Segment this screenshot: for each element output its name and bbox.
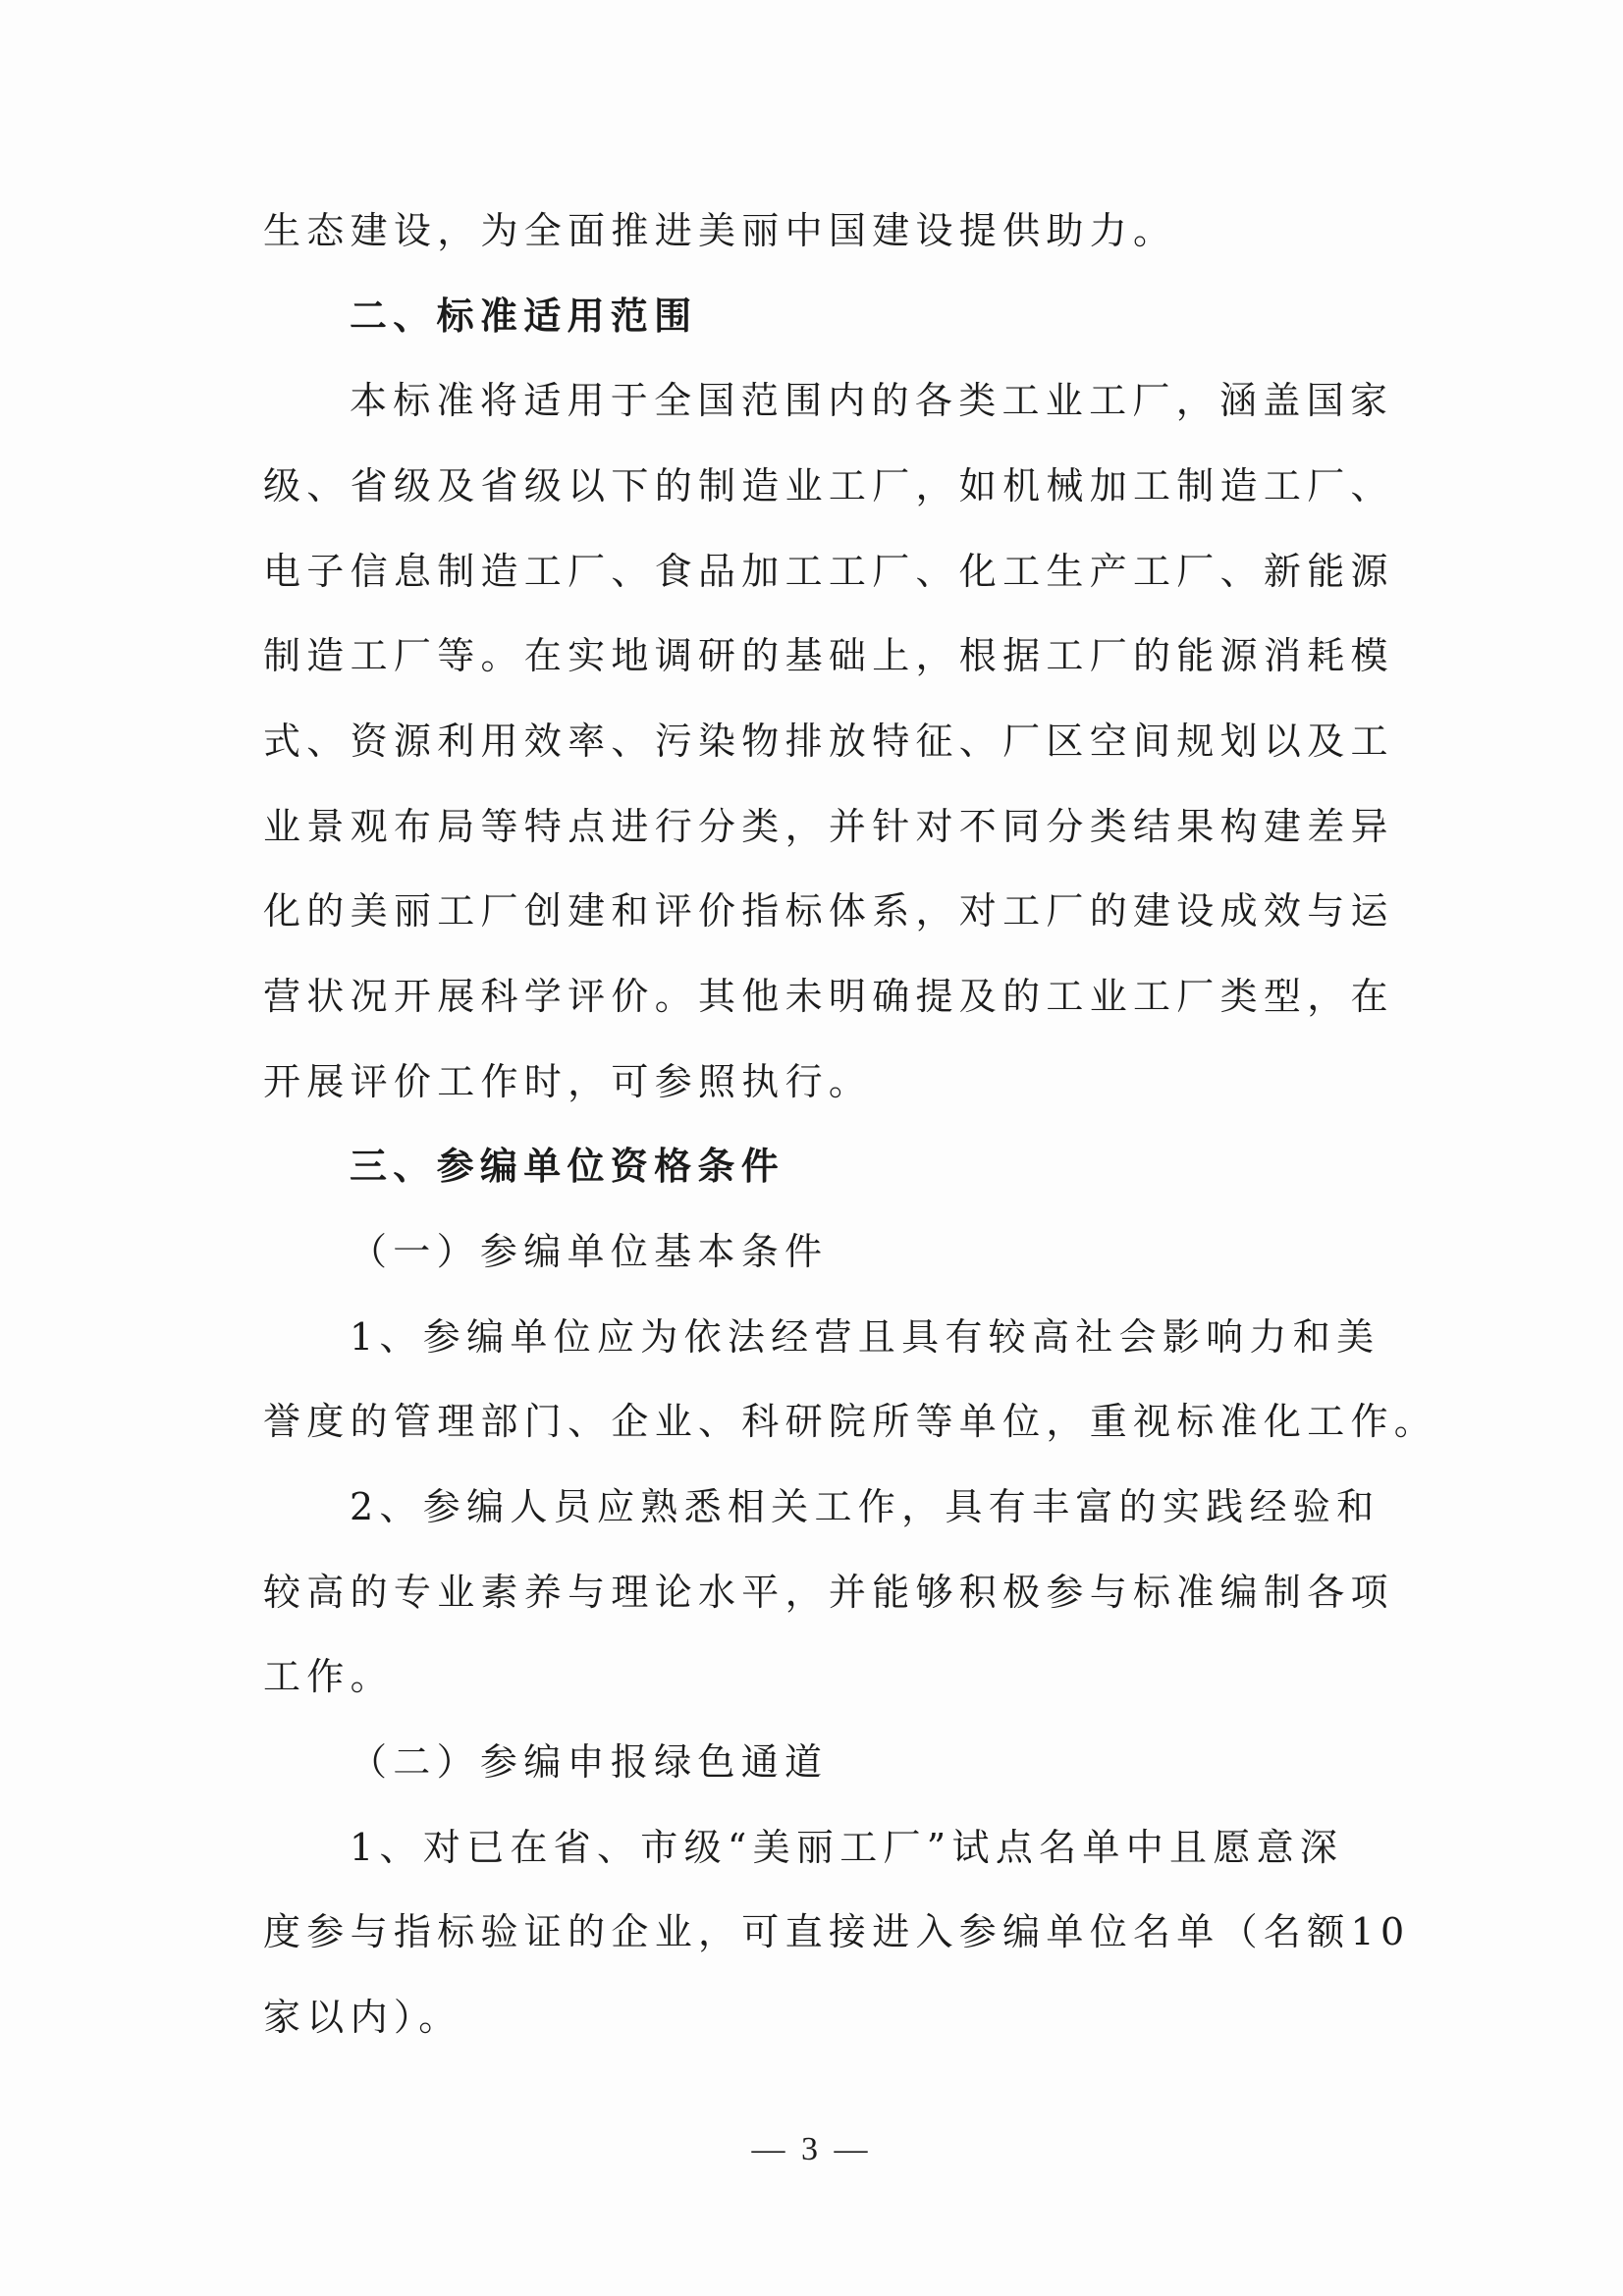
document-page: 生态建设，为全面推进美丽中国建设提供助力。 二、标准适用范围 本标准将适用于全国… — [0, 0, 1623, 2296]
paragraph-line: 式、资源利用效率、污染物排放特征、厂区空间规划以及工 — [263, 712, 1394, 771]
paragraph-line: 家以内）。 — [263, 1988, 462, 2047]
paragraph-line: 营状况开展科学评价。其他未明确提及的工业工厂类型，在 — [263, 967, 1394, 1026]
paragraph-line: 化的美丽工厂创建和评价指标体系，对工厂的建设成效与运 — [263, 881, 1394, 940]
paragraph-line: 1、参编单位应为依法经营且具有较高社会影响力和美 — [350, 1308, 1380, 1366]
page-number: — 3 — — [0, 2126, 1623, 2173]
paragraph-line: 誉度的管理部门、企业、科研院所等单位，重视标准化工作。 — [263, 1392, 1437, 1451]
paragraph-line: 1、对已在省、市级“美丽工厂”试点名单中且愿意深 — [350, 1818, 1343, 1877]
paragraph-line: 级、省级及省级以下的制造业工厂，如机械加工制造工厂、 — [263, 456, 1394, 515]
paragraph-line: 本标准将适用于全国范围内的各类工业工厂，涵盖国家 — [350, 371, 1393, 430]
paragraph-line: 业景观布局等特点进行分类，并针对不同分类结果构建差异 — [263, 797, 1394, 856]
paragraph-line: 电子信息制造工厂、食品加工工厂、化工生产工厂、新能源 — [263, 542, 1394, 601]
paragraph-line: 工作。 — [263, 1647, 394, 1706]
section-heading-scope: 二、标准适用范围 — [350, 287, 697, 346]
paragraph-line: 度参与指标验证的企业，可直接进入参编单位名单（名额10 — [263, 1902, 1410, 1961]
section-heading-qualifications: 三、参编单位资格条件 — [350, 1137, 784, 1196]
paragraph-line: 制造工厂等。在实地调研的基础上，根据工厂的能源消耗模 — [263, 626, 1394, 685]
paragraph-line: 较高的专业素养与理论水平，并能够积极参与标准编制各项 — [263, 1563, 1394, 1622]
subsection-heading-basic-conditions: （一）参编单位基本条件 — [350, 1222, 828, 1281]
paragraph-line: 生态建设，为全面推进美丽中国建设提供助力。 — [263, 201, 1176, 260]
paragraph-line: 开展评价工作时，可参照执行。 — [263, 1052, 872, 1111]
subsection-heading-green-channel: （二）参编申报绿色通道 — [350, 1733, 828, 1791]
paragraph-line: 2、参编人员应熟悉相关工作，具有丰富的实践经验和 — [350, 1477, 1380, 1536]
